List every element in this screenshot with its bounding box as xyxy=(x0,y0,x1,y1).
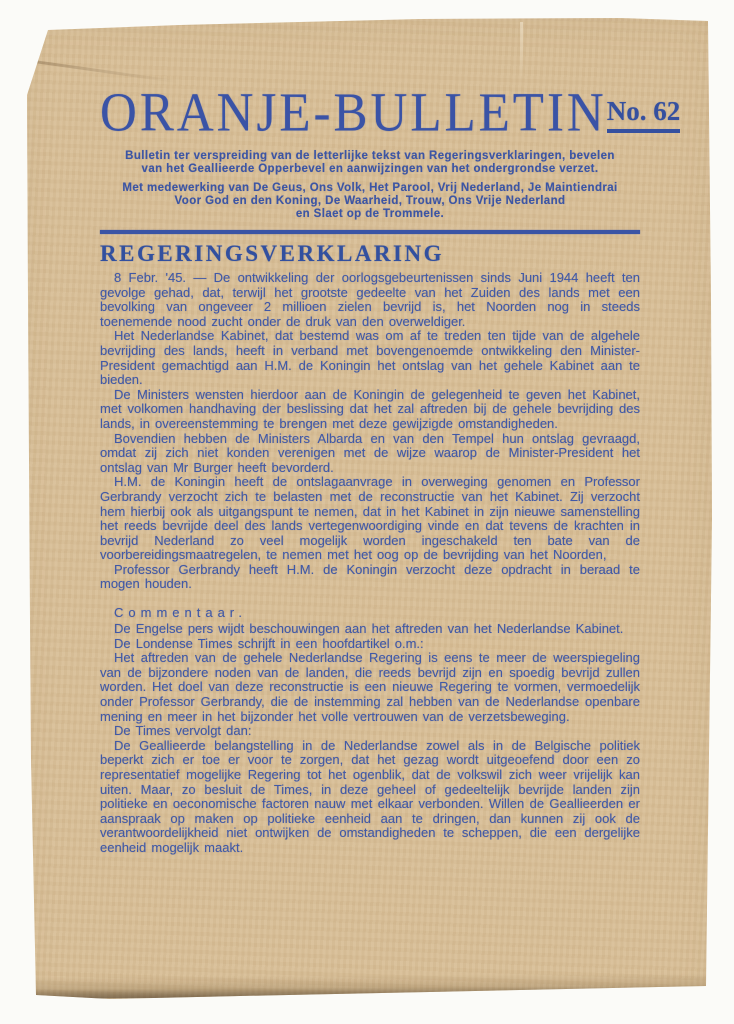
bulletin-content: ORANJE-BULLETIN No. 62 Bulletin ter vers… xyxy=(100,82,640,856)
issue-number: No. 62 xyxy=(607,96,681,133)
commentary-paragraph: De Londense Times schrijft in een hoofda… xyxy=(100,637,640,652)
masthead-collaborators: Met medewerking van De Geus, Ons Volk, H… xyxy=(100,182,640,221)
collaborators-line: Met medewerking van De Geus, Ons Volk, H… xyxy=(100,182,640,195)
article-heading: REGERINGSVERKLARING xyxy=(100,241,640,267)
commentary-paragraph: De Times vervolgt dan: xyxy=(100,724,640,739)
article: REGERINGSVERKLARING 8 Febr. '45. — De on… xyxy=(100,241,640,856)
article-paragraph: De Ministers wensten hierdoor aan de Kon… xyxy=(100,388,640,432)
article-paragraph: Het Nederlandse Kabinet, dat bestemd was… xyxy=(100,329,640,387)
masthead-tagline: Bulletin ter verspreiding van de letterl… xyxy=(100,150,640,176)
divider-rule xyxy=(100,230,640,234)
collaborators-line: en Slaet op de Trommele. xyxy=(100,208,640,221)
bulletin-paper: ORANJE-BULLETIN No. 62 Bulletin ter vers… xyxy=(0,0,734,1024)
tagline-line: Bulletin ter verspreiding van de letterl… xyxy=(100,150,640,163)
paper-fold-shadow xyxy=(20,973,720,999)
paper-crease xyxy=(31,60,180,84)
paper-crease xyxy=(520,22,523,82)
tagline-line: van het Geallieerde Opperbevel en aanwij… xyxy=(100,163,640,176)
collaborators-line: Voor God en den Koning, De Waarheid, Tro… xyxy=(100,195,640,208)
commentary-paragraph: De Geallieerde belangstelling in de Nede… xyxy=(100,739,640,856)
article-paragraph: Professor Gerbrandy heeft H.M. de Koning… xyxy=(100,563,640,592)
article-body: 8 Febr. '45. — De ontwikkeling der oorlo… xyxy=(100,271,640,856)
masthead: ORANJE-BULLETIN No. 62 xyxy=(100,82,640,140)
commentary-heading: Commentaar. xyxy=(100,605,640,620)
article-paragraph: Bovendien hebben de Ministers Albarda en… xyxy=(100,432,640,476)
bulletin-title: ORANJE-BULLETIN xyxy=(100,82,607,145)
article-paragraph: 8 Febr. '45. — De ontwikkeling der oorlo… xyxy=(100,271,640,329)
commentary-paragraph: Het aftreden van de gehele Nederlandse R… xyxy=(100,651,640,724)
scan-background: ORANJE-BULLETIN No. 62 Bulletin ter vers… xyxy=(0,0,734,1024)
article-paragraph: H.M. de Koningin heeft de ontslagaanvrag… xyxy=(100,475,640,563)
commentary-paragraph: De Engelse pers wijdt beschouwingen aan … xyxy=(100,622,640,637)
